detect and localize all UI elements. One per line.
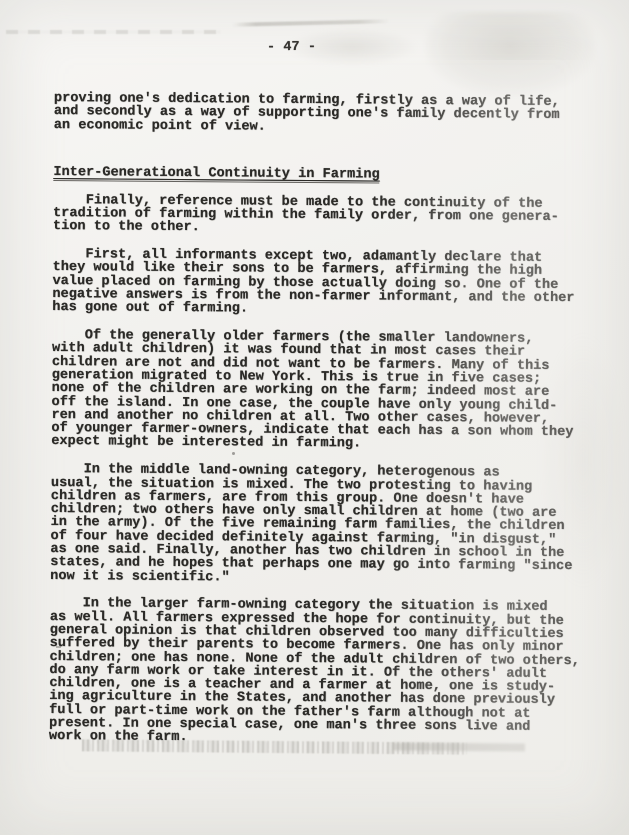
body-paragraph: Finally, reference must be made to the c… bbox=[53, 194, 598, 238]
body-paragraph: Of the generally older farmers (the smal… bbox=[51, 329, 597, 453]
page-number: - 47 - bbox=[267, 40, 316, 56]
section-heading: Inter-Generational Continuity in Farming bbox=[53, 166, 598, 184]
body-paragraph: In the larger farm-owning category the s… bbox=[49, 597, 595, 748]
text-block: proving one's dedication to farming, fir… bbox=[49, 92, 599, 748]
body-paragraph: In the middle land-owning category, hete… bbox=[50, 463, 596, 587]
scan-noise-artifact bbox=[6, 30, 221, 34]
continuation-paragraph: proving one's dedication to farming, fir… bbox=[54, 92, 599, 136]
scan-streak-artifact bbox=[232, 19, 390, 27]
scanned-document-page: - 47 - proving one's dedication to farmi… bbox=[0, 0, 629, 835]
paper-mottle-blotch bbox=[425, 12, 595, 97]
body-paragraph: First, all informants except two, adaman… bbox=[52, 248, 598, 319]
section-heading-text: Inter-Generational Continuity in Farming bbox=[53, 165, 379, 184]
